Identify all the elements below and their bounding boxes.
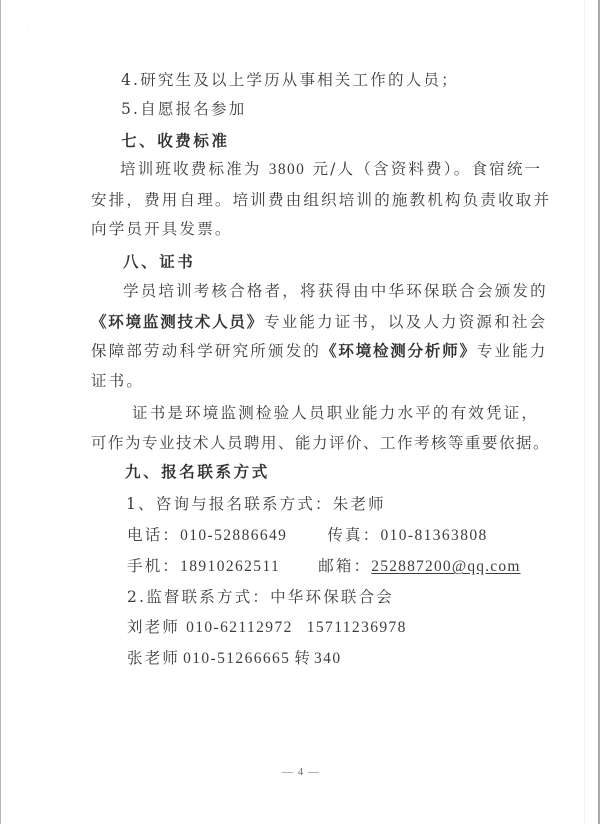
fee-paragraph-line-1: 培训班收费标准为 3800 元/人（含资料费）。食宿统一 xyxy=(120,159,542,180)
scan-edge xyxy=(584,0,585,824)
liu-contact-line: 刘老师010-6211297215711236978 xyxy=(127,617,407,638)
cert-line-3-rest: 专业能力 xyxy=(477,342,548,360)
liu-mobile: 15711236978 xyxy=(307,619,407,636)
cert-paragraph-line-4: 证书。 xyxy=(91,371,144,391)
cert-title-env-monitoring: 《环境监测技术人员》 xyxy=(91,313,264,331)
cert-paragraph-line-3: 保障部劳动科学研究所颁发的《环境检测分析师》专业能力 xyxy=(91,341,548,361)
page-number: — 4 — xyxy=(1,766,601,778)
phone-label: 电话： xyxy=(127,526,180,544)
email-link[interactable]: 252887200@qq.com xyxy=(371,558,520,575)
zhang-ext: 340 xyxy=(314,650,341,667)
cert-validity-line-1: 证书是环境监测检验人员职业能力水平的有效凭证， xyxy=(132,403,539,423)
zhang-ext-label: 转 xyxy=(294,649,312,667)
list-item-5-text: 5.自愿报名参加 xyxy=(121,100,246,118)
cert-validity-text: 可作为专业技术人员聘用、能力评价、工作考核等重要依据。 xyxy=(91,434,550,452)
document-page: · · 4.研究生及以上学历从事相关工作的人员； 5.自愿报名参加 七、收费标准… xyxy=(0,0,600,824)
list-item-4: 4.研究生及以上学历从事相关工作的人员； xyxy=(121,70,459,90)
cert-line-2-rest: 专业能力证书，以及人力资源和社会 xyxy=(264,313,547,331)
liu-name: 刘老师 xyxy=(127,618,180,636)
cert-line-3-text: 保障部劳动科学研究所颁发的 xyxy=(91,342,321,360)
fee-paragraph-line-2: 安排，费用自理。培训费由组织培训的施教机构负责收取并 xyxy=(91,190,551,210)
zhang-phone: 010-51266665 xyxy=(183,650,290,667)
phone-value: 010-52886649 xyxy=(180,527,287,544)
fax-label: 传真： xyxy=(327,526,380,544)
fax-value: 010-81363808 xyxy=(380,527,487,544)
phone-fax-line: 电话：010-52886649传真：010-81363808 xyxy=(127,525,488,546)
contact-1-heading: 1、咨询与报名联系方式：朱老师 xyxy=(126,494,386,514)
fee-text: 培训班收费标准为 xyxy=(120,160,269,178)
fee-paragraph-line-3: 向学员开具发票。 xyxy=(91,219,233,239)
section-8-heading: 八、证书 xyxy=(123,252,195,272)
list-item-4-text: 4.研究生及以上学历从事相关工作的人员； xyxy=(121,71,459,89)
scan-speck: · · xyxy=(27,27,47,31)
zhang-contact-line: 张老师010-51266665转340 xyxy=(127,648,341,669)
email-label: 邮箱： xyxy=(318,557,371,575)
zhang-name: 张老师 xyxy=(127,649,180,667)
fee-text-rest: 元/人（含资料费）。食宿统一 xyxy=(305,160,542,178)
mobile-value: 18910262511 xyxy=(180,558,280,575)
cert-paragraph-line-1: 学员培训考核合格者，将获得由中华环保联合会颁发的 xyxy=(123,281,548,301)
contact-2-heading: 2.监督联系方式：中华环保联合会 xyxy=(127,587,394,607)
section-9-heading: 九、报名联系方式 xyxy=(125,462,270,482)
fee-amount: 3800 xyxy=(269,161,306,178)
mobile-email-line: 手机：18910262511邮箱：252887200@qq.com xyxy=(127,556,521,577)
section-7-heading: 七、收费标准 xyxy=(121,131,230,151)
mobile-label: 手机： xyxy=(127,557,180,575)
list-item-5: 5.自愿报名参加 xyxy=(121,99,246,119)
cert-validity-line-2: 可作为专业技术人员聘用、能力评价、工作考核等重要依据。 xyxy=(91,433,550,453)
cert-paragraph-line-2: 《环境监测技术人员》专业能力证书，以及人力资源和社会 xyxy=(91,312,547,332)
cert-title-env-testing-analyst: 《环境检测分析师》 xyxy=(321,342,477,360)
liu-phone: 010-62112972 xyxy=(186,619,293,636)
